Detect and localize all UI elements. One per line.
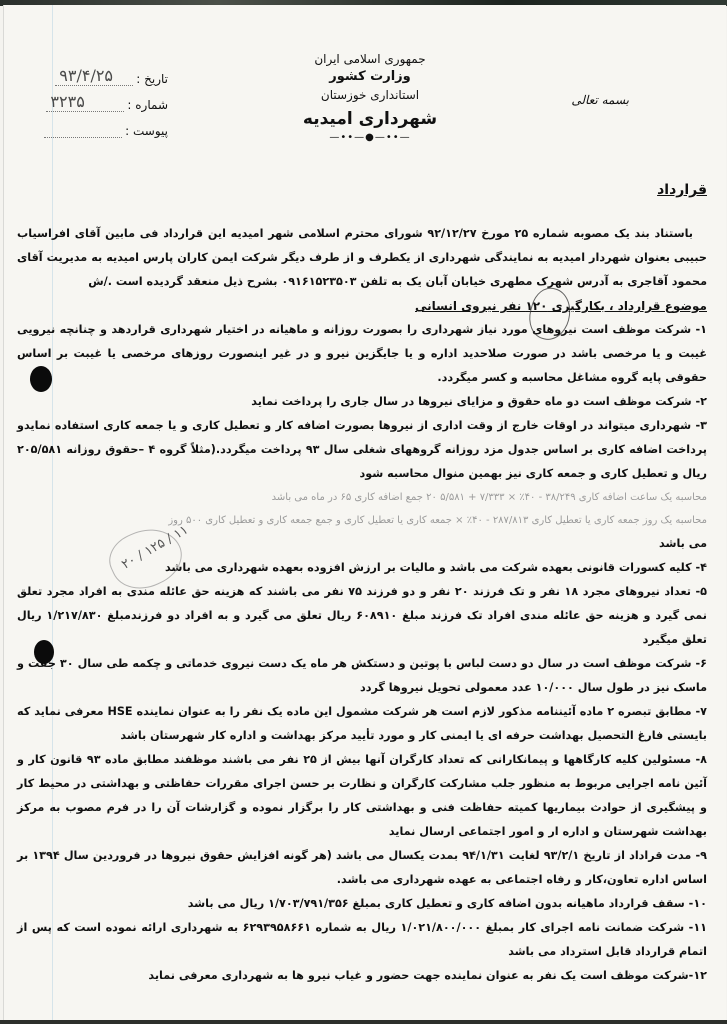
organization-name: شهرداری امیدیه xyxy=(270,106,470,132)
ministry-name: وزارت کشور xyxy=(270,68,470,86)
number-label: شماره : xyxy=(127,98,168,112)
calc-line-overtime: محاسبه یک ساعت اضافه کاری ۳۸/۲۴۹ - ۴۰٪ ×… xyxy=(17,486,707,509)
contract-subject: موضوع قرارداد ، بکارگیری ۱۲۰ نفر نیروی ا… xyxy=(17,294,707,318)
letter-meta: تاریخ : ۹۳/۴/۲۵ شماره : ۳۲۳۵ پیوست : xyxy=(28,60,168,138)
clause-5: ۵- تعداد نیروهای مجرد ۱۸ نفر و تک فرزند … xyxy=(17,580,707,652)
clause-11: ۱۱- شرکت ضمانت نامه اجرای کار بمبلغ ۱/۰۲… xyxy=(17,916,707,964)
letterhead: جمهوری اسلامی ایران وزارت کشور استانداری… xyxy=(270,50,470,144)
clause-1: ۱- شرکت موظف است نیروهای مورد نیاز شهردا… xyxy=(17,318,707,390)
attachment-label: پیوست : xyxy=(125,124,168,138)
attachment-row: پیوست : xyxy=(28,112,168,138)
province-name: استانداری خوزستان xyxy=(270,86,470,104)
clause-9: ۹- مدت قراداد از تاریخ ۹۳/۲/۱ لغایت ۹۴/۱… xyxy=(17,844,707,892)
clause-8: ۸- مسئولین کلیه کارگاهها و پیمانکارانی ک… xyxy=(17,748,707,844)
hole-punch-mark xyxy=(34,640,54,664)
clause-6: ۶- شرکت موظف است در سال دو دست لباس با پ… xyxy=(17,652,707,700)
date-row: تاریخ : ۹۳/۴/۲۵ xyxy=(28,60,168,86)
clause-12: ۱۲-شرکت موظف است یک نفر به عنوان نماینده… xyxy=(17,964,707,988)
hole-punch-mark xyxy=(30,366,52,392)
attachment-value xyxy=(44,137,122,138)
clause-3: ۳- شهرداری میتواند در اوقات خارج از وقت … xyxy=(17,414,707,486)
ornament-divider: —••—●—••— xyxy=(270,132,470,144)
intro-paragraph: باستناد بند یک مصوبه شماره ۲۵ مورخ ۹۲/۱۲… xyxy=(17,222,707,294)
scan-bottom-edge xyxy=(0,1020,727,1024)
date-label: تاریخ : xyxy=(136,72,168,86)
document-title: قرارداد xyxy=(657,182,707,198)
basmala: بسمه تعالی xyxy=(571,93,629,107)
clause-7: ۷- مطابق تبصره ۲ ماده آئیننامه مذکور لاز… xyxy=(17,700,707,748)
document-body: باستناد بند یک مصوبه شماره ۲۵ مورخ ۹۲/۱۲… xyxy=(17,222,707,988)
number-value: ۳۲۳۵ xyxy=(46,92,124,112)
clause-10: ۱۰- سقف قرارداد ماهیانه بدون اضافه کاری … xyxy=(17,892,707,916)
calc-line-holiday: محاسبه یک روز جمعه کاری یا تعطیل کاری ۲۸… xyxy=(17,509,707,532)
clause-2: ۲- شرکت موظف است دو ماه حقوق و مزایای نی… xyxy=(17,390,707,414)
country-name: جمهوری اسلامی ایران xyxy=(270,50,470,68)
number-row: شماره : ۳۲۳۵ xyxy=(28,86,168,112)
date-value: ۹۳/۴/۲۵ xyxy=(55,66,133,86)
